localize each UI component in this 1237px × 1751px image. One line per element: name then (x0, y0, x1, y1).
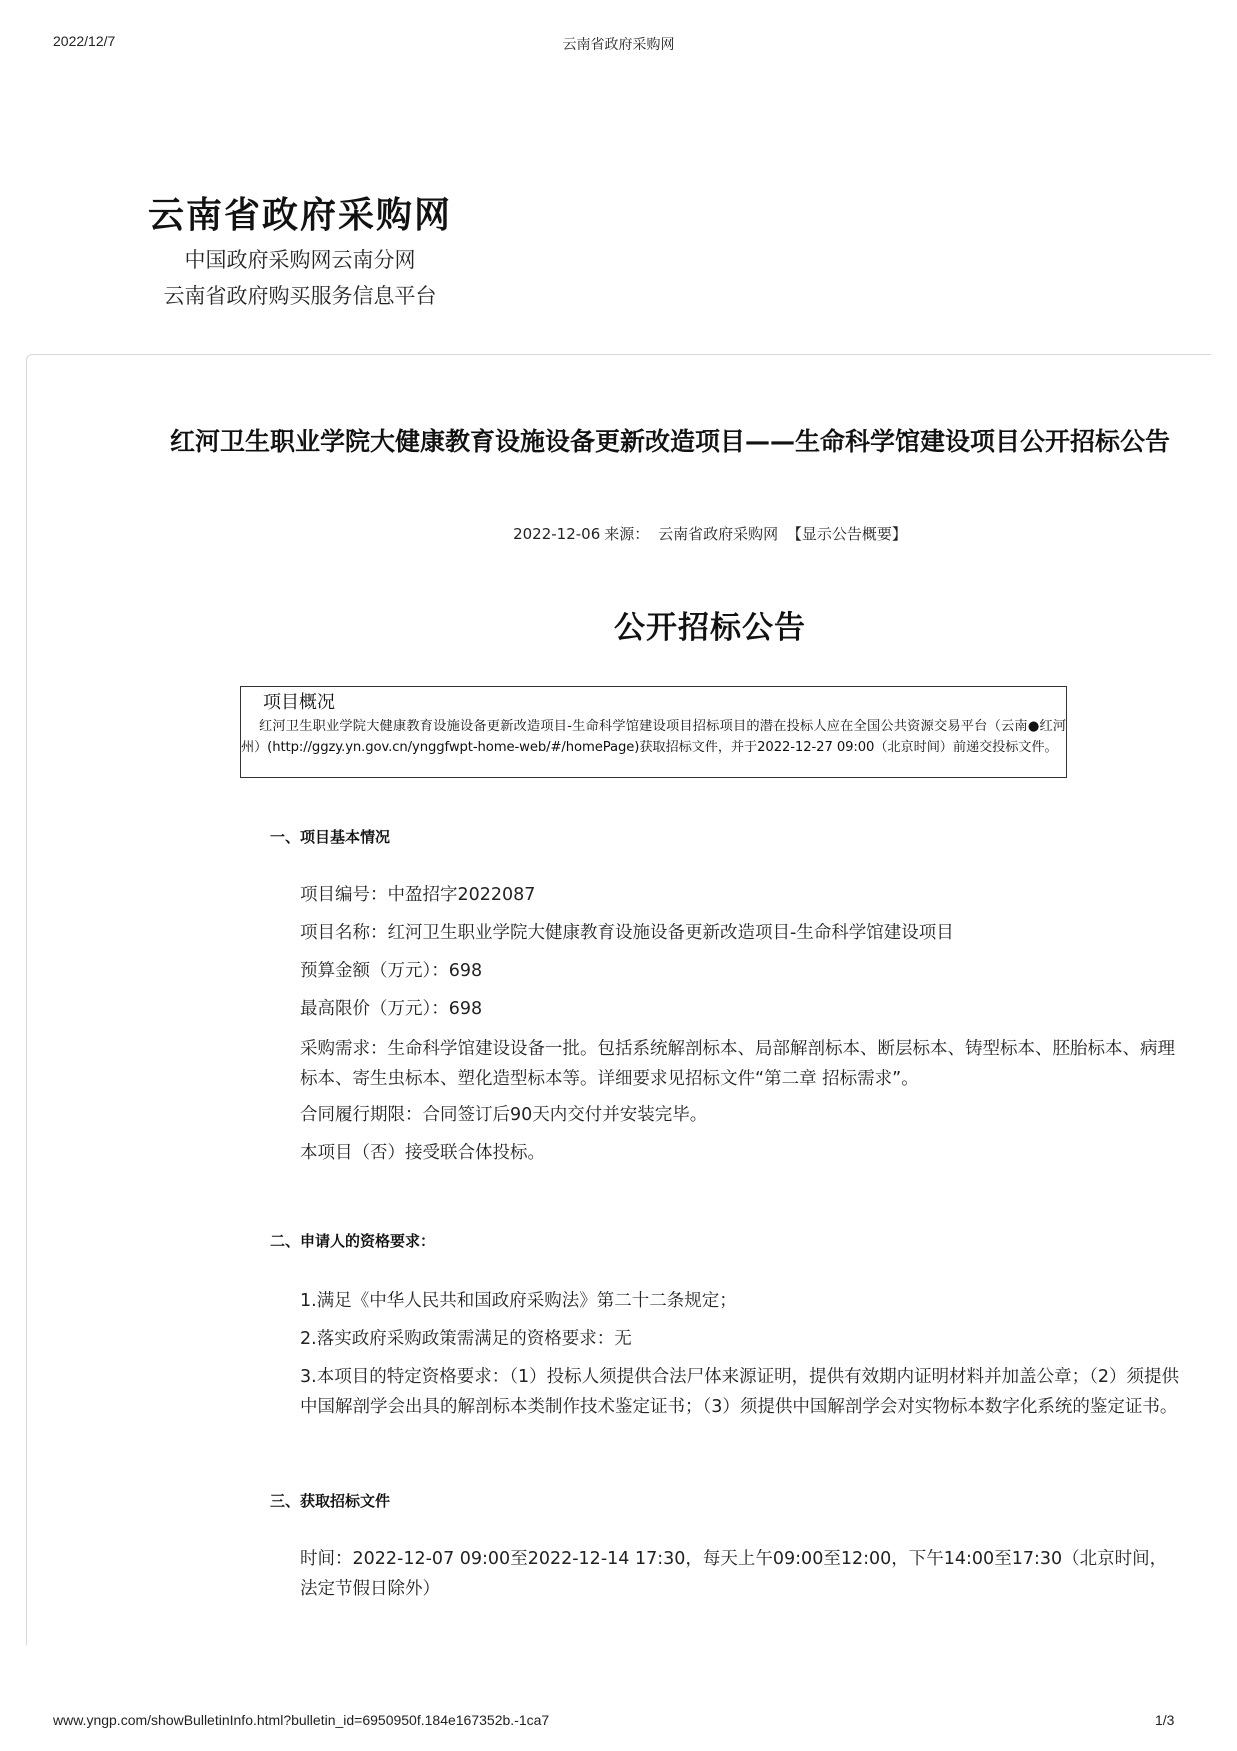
print-header-title: 云南省政府采购网 (0, 34, 1237, 54)
print-footer-page-number: 1/3 (1155, 1712, 1174, 1728)
field-procurement-requirement: 采购需求：生命科学馆建设设备一批。包括系统解剖标本、局部解剖标本、断层标本、铸型… (300, 1034, 1180, 1094)
field-qualification-3: 3.本项目的特定资格要求：（1）投标人须提供合法尸体来源证明，提供有效期内证明材… (300, 1362, 1180, 1422)
field-consortium: 本项目（否）接受联合体投标。 (300, 1138, 1180, 1168)
article-source-label: 来源： (604, 525, 649, 543)
field-project-number: 项目编号：中盈招字2022087 (300, 880, 1180, 910)
field-qualification-1: 1.满足《中华人民共和国政府采购法》第二十二条规定； (300, 1286, 1180, 1316)
field-qualification-2: 2.落实政府采购政策需满足的资格要求：无 (300, 1324, 1180, 1354)
overview-title: 项目概况 (263, 691, 1066, 715)
show-summary-link[interactable]: 【显示公告概要】 (787, 525, 907, 543)
article-title: 红河卫生职业学院大健康教育设施设备更新改造项目——生命科学馆建设项目公开招标公告 (140, 420, 1200, 464)
site-subtitle-1: 中国政府采购网云南分网 (130, 244, 470, 274)
section-qualification-heading: 二、申请人的资格要求： (270, 1230, 1170, 1251)
field-max-price: 最高限价（万元）：698 (300, 994, 1180, 1024)
field-obtain-time: 时间：2022-12-07 09:00至2022-12-14 17:30，每天上… (300, 1544, 1180, 1604)
section-basic-info-heading: 一、项目基本情况 (270, 826, 1170, 847)
section-heading: 二、申请人的资格要求： (270, 1230, 1170, 1251)
article-date: 2022-12-06 (513, 525, 600, 543)
section-heading: 三、获取招标文件 (270, 1490, 1170, 1511)
overview-body: 红河卫生职业学院大健康教育设施设备更新改造项目-生命科学馆建设项目招标项目的潜在… (241, 716, 1066, 758)
site-name: 云南省政府采购网 (130, 196, 470, 236)
notice-heading: 公开招标公告 (0, 602, 1237, 647)
section-heading: 一、项目基本情况 (270, 826, 1170, 847)
project-overview-box: 项目概况 红河卫生职业学院大健康教育设施设备更新改造项目-生命科学馆建设项目招标… (240, 686, 1067, 778)
site-subtitle-2: 云南省政府购买服务信息平台 (130, 280, 470, 310)
article-source: 云南省政府采购网 (658, 525, 778, 543)
field-contract-period: 合同履行期限：合同签订后90天内交付并安装完毕。 (300, 1100, 1180, 1130)
print-footer-url: www.yngp.com/showBulletinInfo.html?bulle… (53, 1712, 549, 1728)
field-project-name: 项目名称：红河卫生职业学院大健康教育设施设备更新改造项目-生命科学馆建设项目 (300, 918, 1180, 948)
field-budget: 预算金额（万元）：698 (300, 956, 1180, 986)
section-obtain-docs-heading: 三、获取招标文件 (270, 1490, 1170, 1511)
article-meta: 2022-12-06来源： 云南省政府采购网 【显示公告概要】 (0, 523, 1237, 544)
site-logo[interactable]: 云南省政府采购网 中国政府采购网云南分网 云南省政府购买服务信息平台 (130, 196, 470, 310)
